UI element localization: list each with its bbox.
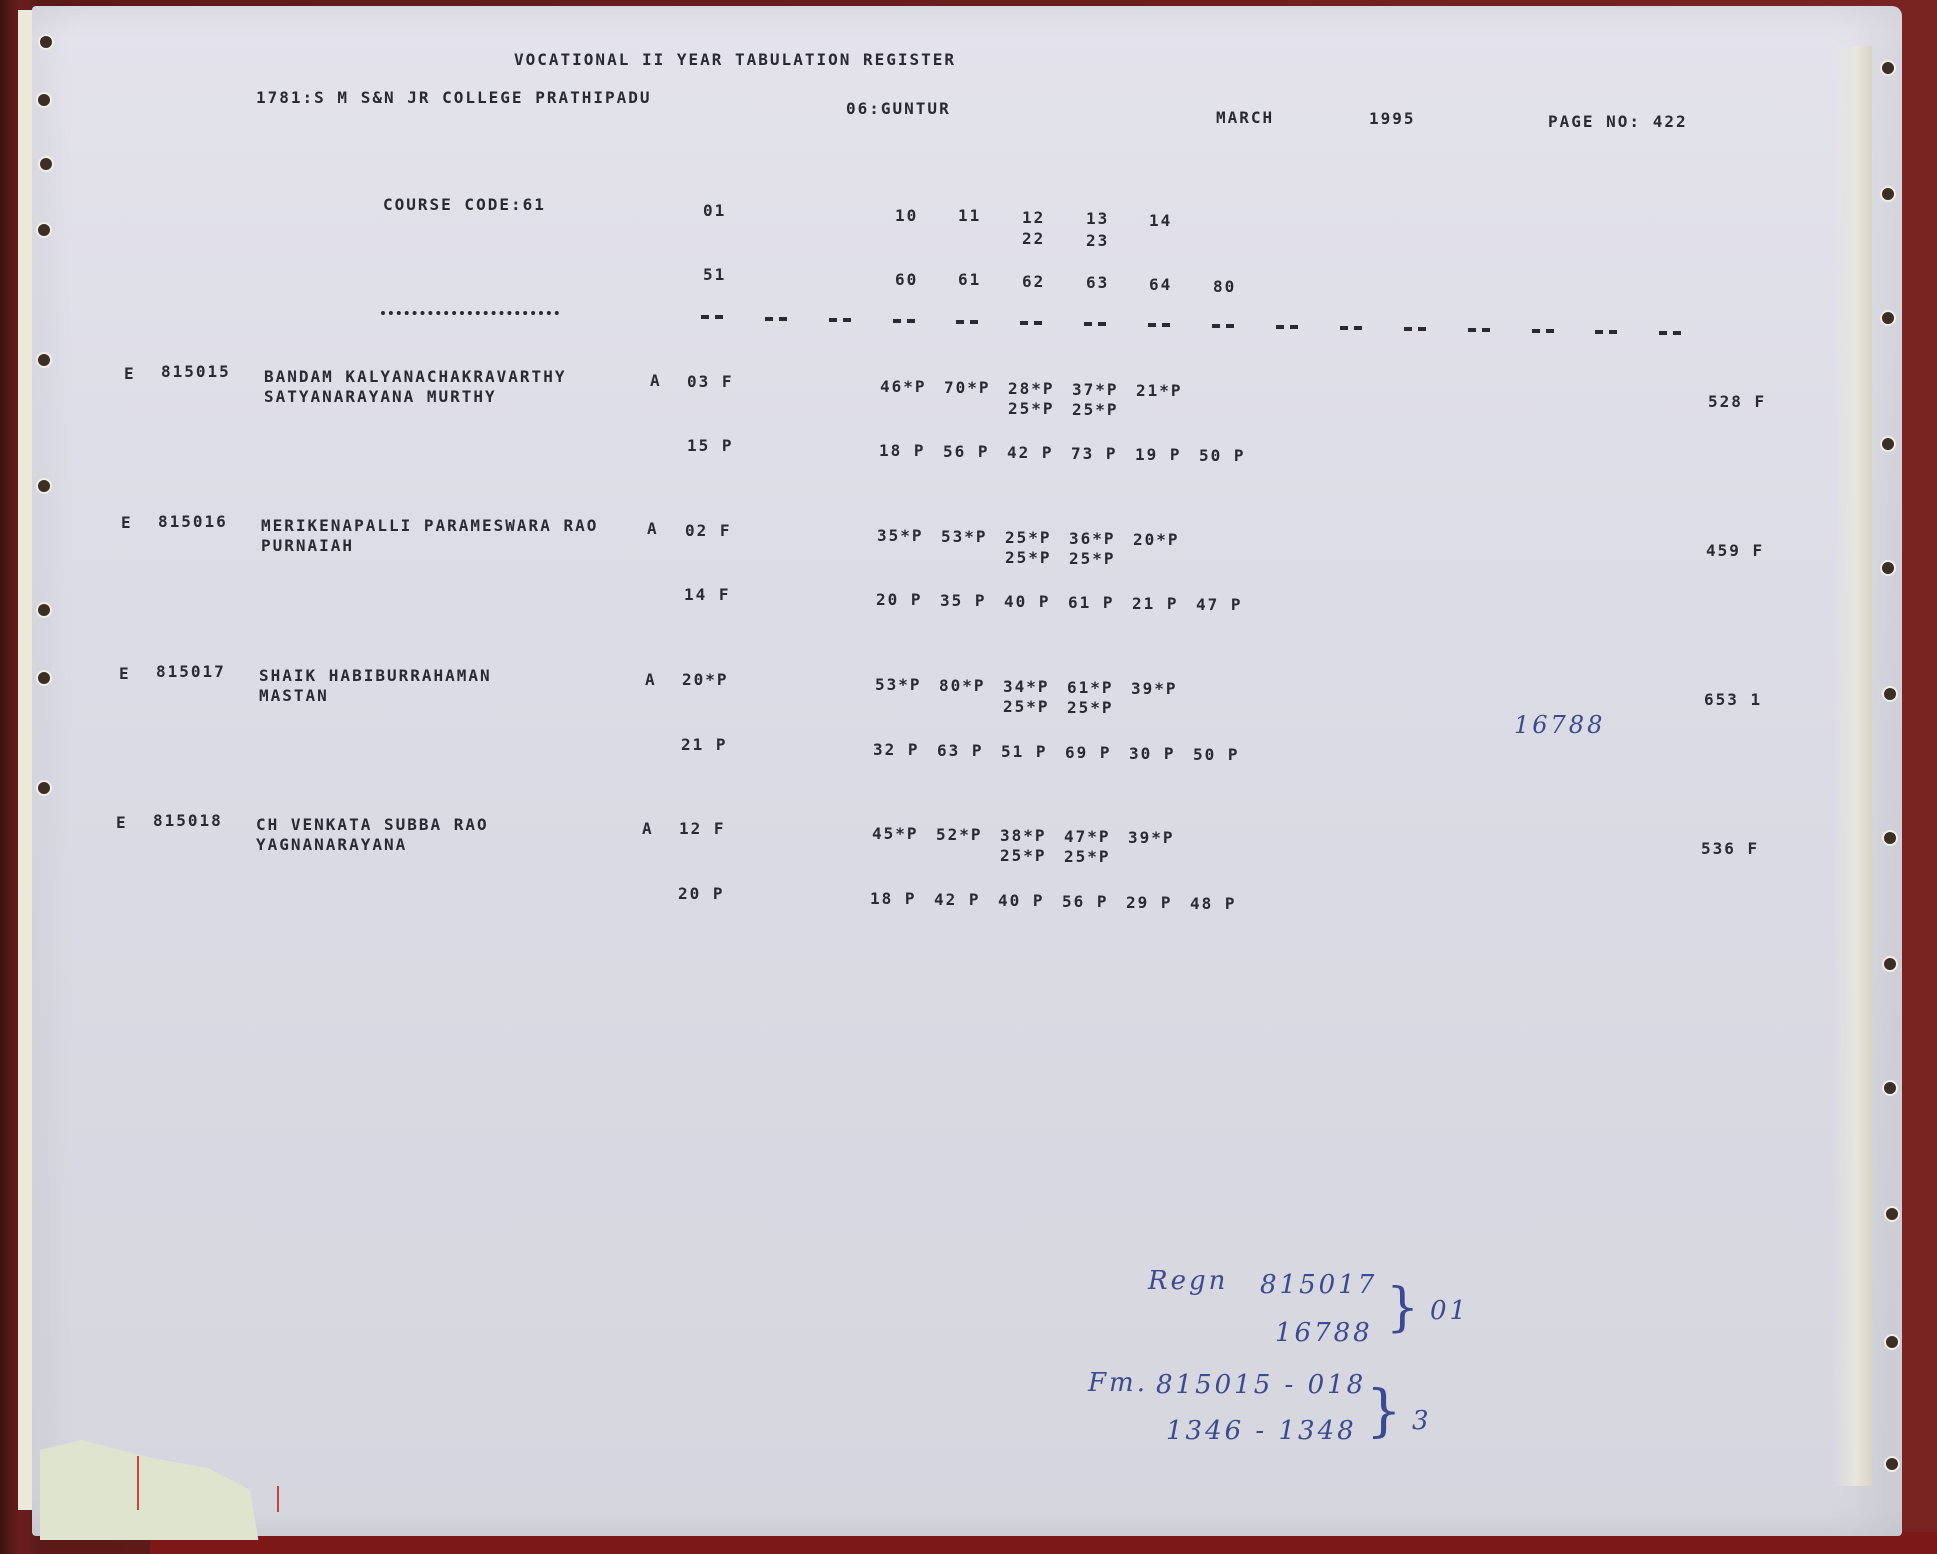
mark: 25*P bbox=[1003, 699, 1050, 715]
column-dash bbox=[1404, 327, 1426, 335]
col-header: 13 bbox=[1086, 211, 1109, 227]
punch-hole-icon bbox=[1882, 830, 1898, 846]
mark: 18 P bbox=[879, 443, 926, 459]
mark: 42 P bbox=[934, 892, 981, 908]
column-dash bbox=[701, 315, 723, 323]
mark: 47*P bbox=[1064, 829, 1111, 845]
total-result: 653 1 bbox=[1704, 692, 1762, 708]
mark: 18 P bbox=[870, 891, 917, 907]
column-dash bbox=[893, 319, 915, 327]
medium: A bbox=[642, 821, 654, 837]
medium: A bbox=[645, 672, 657, 688]
col-header: 01 bbox=[703, 203, 726, 219]
mark: 48 P bbox=[1190, 896, 1237, 912]
mark: 19 P bbox=[1135, 447, 1182, 463]
punch-hole-icon bbox=[1880, 560, 1896, 576]
course-code: COURSE CODE:61 bbox=[383, 197, 546, 213]
mark: 37*P bbox=[1072, 382, 1119, 398]
mark: 40 P bbox=[1004, 594, 1051, 610]
punch-hole-icon bbox=[1880, 310, 1896, 326]
mark: 61*P bbox=[1067, 680, 1114, 696]
total-result: 528 F bbox=[1708, 394, 1766, 410]
mark: 56 P bbox=[943, 444, 990, 460]
sub01-mark: 12 F bbox=[679, 821, 726, 837]
margin-tick-mark bbox=[137, 1456, 139, 1510]
punch-hole-icon bbox=[1880, 186, 1896, 202]
punch-hole-icon bbox=[38, 34, 54, 50]
regn-count: 01 bbox=[1430, 1298, 1469, 1324]
fm-count: 3 bbox=[1412, 1408, 1432, 1434]
mark: 53*P bbox=[875, 677, 922, 693]
parent-name: YAGNANARAYANA bbox=[256, 837, 407, 853]
exam-month: MARCH bbox=[1216, 110, 1274, 126]
mark: 20 P bbox=[876, 592, 923, 608]
parent-name: MASTAN bbox=[259, 688, 329, 704]
mark: 25*P bbox=[1005, 530, 1052, 546]
col-header: 23 bbox=[1086, 233, 1109, 249]
record-type: E bbox=[116, 815, 128, 831]
col-header: 51 bbox=[703, 267, 726, 283]
mark: 56 P bbox=[1062, 894, 1109, 910]
fm-range: 815015 - 018 bbox=[1156, 1372, 1366, 1398]
handwritten-note: 16788 bbox=[1514, 713, 1605, 737]
sub51-mark: 21 P bbox=[681, 737, 728, 753]
district-name: 06:GUNTUR bbox=[846, 101, 951, 117]
mark: 40 P bbox=[998, 893, 1045, 909]
mark: 69 P bbox=[1065, 745, 1112, 761]
punch-hole-icon bbox=[36, 478, 52, 494]
col-header: 22 bbox=[1022, 231, 1045, 247]
punch-hole-icon bbox=[1882, 956, 1898, 972]
mark: 30 P bbox=[1129, 746, 1176, 762]
mark: 25*P bbox=[1072, 402, 1119, 418]
fm-range-2: 1346 - 1348 bbox=[1166, 1418, 1357, 1444]
punch-hole-icon bbox=[36, 780, 52, 796]
column-dash bbox=[1148, 323, 1170, 331]
brace-icon: } bbox=[1366, 1384, 1405, 1440]
mark: 39*P bbox=[1131, 681, 1178, 697]
column-dash bbox=[1340, 326, 1362, 334]
sub01-mark: 02 F bbox=[685, 523, 732, 539]
mark: 50 P bbox=[1199, 448, 1246, 464]
col-header: 61 bbox=[958, 272, 981, 288]
punch-hole-icon bbox=[36, 222, 52, 238]
student-name: BANDAM KALYANACHAKRAVARTHY bbox=[264, 369, 566, 385]
exam-year: 1995 bbox=[1369, 111, 1416, 127]
sub01-mark: 03 F bbox=[687, 374, 734, 390]
medium: A bbox=[650, 373, 662, 389]
student-name: CH VENKATA SUBBA RAO bbox=[256, 817, 489, 833]
mark: 35*P bbox=[877, 528, 924, 544]
perforated-right-edge bbox=[1832, 46, 1872, 1486]
sub51-mark: 20 P bbox=[678, 886, 725, 902]
mark: 25*P bbox=[1064, 849, 1111, 865]
col-header: 60 bbox=[895, 272, 918, 288]
mark: 61 P bbox=[1068, 595, 1115, 611]
mark: 20*P bbox=[1133, 532, 1180, 548]
mark: 25*P bbox=[1008, 401, 1055, 417]
sub51-mark: 14 F bbox=[684, 587, 731, 603]
total-result: 536 F bbox=[1701, 841, 1759, 857]
parent-name: SATYANARAYANA MURTHY bbox=[264, 389, 497, 405]
mark: 45*P bbox=[872, 826, 919, 842]
college-name: 1781:S M S&N JR COLLEGE PRATHIPADU bbox=[256, 90, 652, 106]
mark: 34*P bbox=[1003, 679, 1050, 695]
mark: 51 P bbox=[1001, 744, 1048, 760]
regn-number: 815017 bbox=[1260, 1272, 1377, 1298]
mark: 25*P bbox=[1000, 848, 1047, 864]
fm-label: Fm. bbox=[1088, 1370, 1148, 1396]
punch-hole-icon bbox=[1880, 60, 1896, 76]
mark: 50 P bbox=[1193, 747, 1240, 763]
mark: 73 P bbox=[1071, 446, 1118, 462]
column-dash bbox=[1595, 330, 1617, 338]
col-header: 80 bbox=[1213, 279, 1236, 295]
mark: 63 P bbox=[937, 743, 984, 759]
mark: 39*P bbox=[1128, 830, 1175, 846]
regn-number-2: 16788 bbox=[1275, 1320, 1373, 1346]
column-dash bbox=[1276, 325, 1298, 333]
punch-hole-icon bbox=[36, 602, 52, 618]
column-dash bbox=[1084, 322, 1106, 330]
regn-label: Regn bbox=[1148, 1268, 1228, 1294]
mark: 25*P bbox=[1069, 551, 1116, 567]
register-title: VOCATIONAL II YEAR TABULATION REGISTER bbox=[514, 52, 956, 68]
column-dash bbox=[1468, 328, 1490, 336]
mark: 70*P bbox=[944, 380, 991, 396]
column-dash bbox=[765, 317, 787, 325]
mark: 25*P bbox=[1067, 700, 1114, 716]
punch-hole-icon bbox=[1884, 1334, 1900, 1350]
punch-hole-icon bbox=[1882, 1080, 1898, 1096]
col-header: 64 bbox=[1149, 277, 1172, 293]
record-type: E bbox=[119, 666, 131, 682]
column-dash bbox=[956, 320, 978, 328]
punch-hole-icon bbox=[36, 670, 52, 686]
reg-number: 815017 bbox=[156, 664, 226, 680]
mark: 38*P bbox=[1000, 828, 1047, 844]
punch-hole-icon bbox=[1884, 1206, 1900, 1222]
margin-tick-mark bbox=[277, 1486, 279, 1512]
punch-hole-icon bbox=[38, 156, 54, 172]
punch-hole-icon bbox=[1884, 1456, 1900, 1472]
reg-number: 815018 bbox=[153, 813, 223, 829]
column-dash bbox=[1659, 331, 1681, 339]
sub51-mark: 15 P bbox=[687, 438, 734, 454]
record-type: E bbox=[124, 366, 136, 382]
col-header: 12 bbox=[1022, 210, 1045, 226]
sub01-mark: 20*P bbox=[682, 672, 729, 688]
mark: 53*P bbox=[941, 529, 988, 545]
col-header: 11 bbox=[958, 208, 981, 224]
mark: 47 P bbox=[1196, 597, 1243, 613]
col-header: 14 bbox=[1149, 213, 1172, 229]
reg-number: 815015 bbox=[161, 364, 231, 380]
punch-hole-icon bbox=[1882, 686, 1898, 702]
brace-icon: } bbox=[1386, 1282, 1422, 1334]
punch-hole-icon bbox=[36, 92, 52, 108]
col-header: 62 bbox=[1022, 274, 1045, 290]
reg-number: 815016 bbox=[158, 514, 228, 530]
mark: 52*P bbox=[936, 827, 983, 843]
column-dash bbox=[1020, 321, 1042, 329]
mark: 35 P bbox=[940, 593, 987, 609]
mark: 42 P bbox=[1007, 445, 1054, 461]
mark: 21*P bbox=[1136, 383, 1183, 399]
student-name: SHAIK HABIBURRAHAMAN bbox=[259, 668, 492, 684]
punch-hole-icon bbox=[1880, 436, 1896, 452]
tabulation-register-page bbox=[32, 6, 1902, 1536]
record-type: E bbox=[121, 515, 133, 531]
mark: 36*P bbox=[1069, 531, 1116, 547]
header-separator bbox=[381, 311, 559, 315]
column-dash bbox=[829, 318, 851, 326]
page-number: PAGE NO: 422 bbox=[1548, 114, 1688, 130]
total-result: 459 F bbox=[1706, 543, 1764, 559]
parent-name: PURNAIAH bbox=[261, 538, 354, 554]
column-dash bbox=[1212, 324, 1234, 332]
col-header: 63 bbox=[1086, 275, 1109, 291]
mark: 32 P bbox=[873, 742, 920, 758]
mark: 21 P bbox=[1132, 596, 1179, 612]
col-header: 10 bbox=[895, 208, 918, 224]
column-dash bbox=[1532, 329, 1554, 337]
mark: 28*P bbox=[1008, 381, 1055, 397]
mark: 29 P bbox=[1126, 895, 1173, 911]
mark: 80*P bbox=[939, 678, 986, 694]
punch-hole-icon bbox=[36, 352, 52, 368]
mark: 25*P bbox=[1005, 550, 1052, 566]
student-name: MERIKENAPALLI PARAMESWARA RAO bbox=[261, 518, 598, 534]
mark: 46*P bbox=[880, 379, 927, 395]
medium: A bbox=[647, 521, 659, 537]
